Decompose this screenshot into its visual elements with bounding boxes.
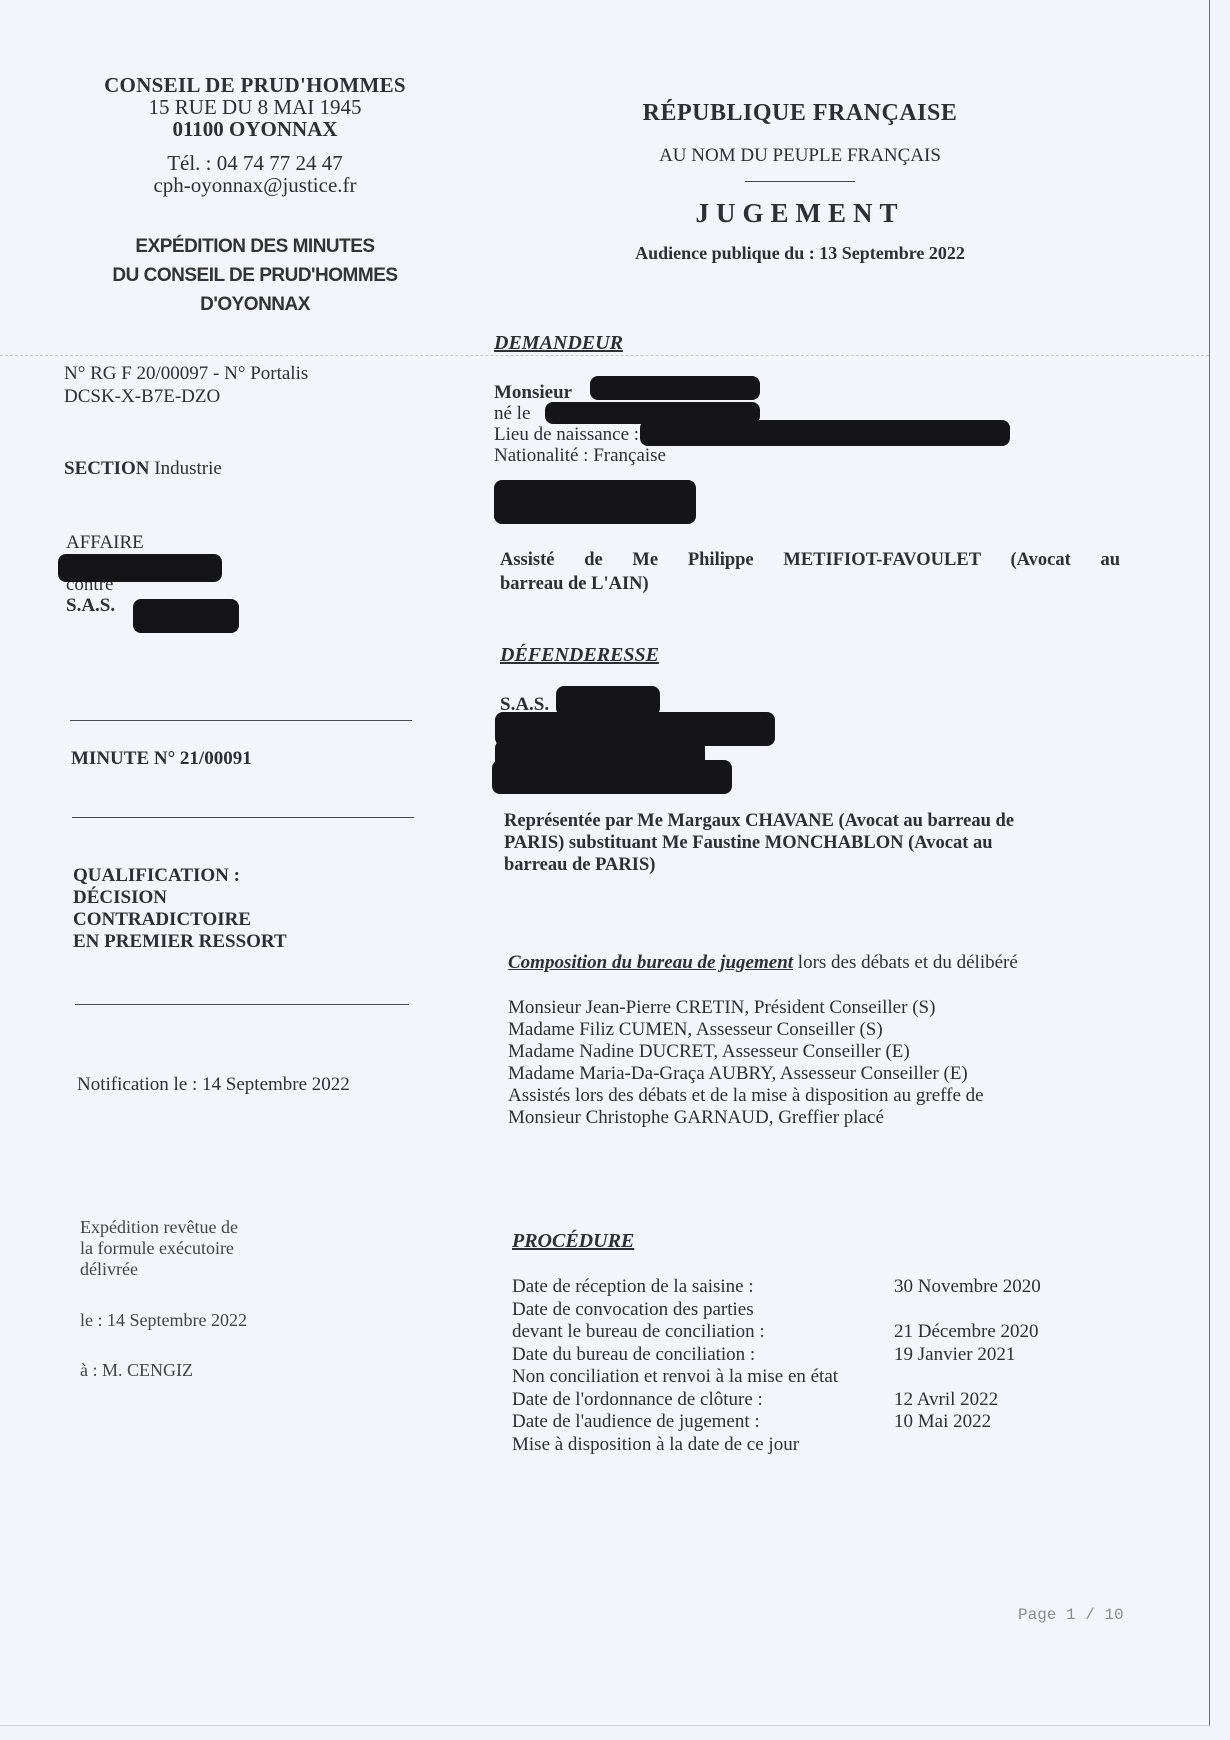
member-2: Madame Filiz CUMEN, Assesseur Conseiller… (508, 1019, 984, 1041)
expedition-stamp: EXPÉDITION DES MINUTES DU CONSEIL DE PRU… (60, 232, 450, 319)
sidebar-divider-3 (75, 1004, 409, 1005)
qualification: QUALIFICATION : DÉCISION CONTRADICTOIRE … (73, 865, 287, 953)
expedition-note: Expédition revêtue de la formule exécuto… (80, 1217, 238, 1280)
stamp-line-3: D'OYONNAX (60, 290, 450, 319)
qualification-line-4: EN PREMIER RESSORT (73, 931, 287, 953)
expedition-line-3: délivrée (80, 1259, 238, 1280)
qualification-line-2: DÉCISION (73, 887, 287, 909)
redaction-affaire-claimant (58, 554, 222, 582)
procedure-row: Mise à disposition à la date de ce jour (512, 1434, 1072, 1457)
portalis-number: DCSK-X-B7E-DZO (64, 385, 308, 408)
procedure-row: Date de convocation des parties (512, 1299, 1072, 1322)
member-4: Madame Maria-Da-Graça AUBRY, Assesseur C… (508, 1063, 984, 1085)
document-page: CONSEIL DE PRUD'HOMMES 15 RUE DU 8 MAI 1… (0, 0, 1210, 1726)
section-label: SECTION (64, 458, 150, 479)
procedure-table: Date de réception de la saisine : 30 Nov… (512, 1276, 1072, 1456)
procedure-label: Date de convocation des parties (512, 1299, 754, 1320)
procedure-value: 10 Mai 2022 (894, 1411, 991, 1434)
notification-date: Notification le : 14 Septembre 2022 (77, 1074, 350, 1096)
hearing-date: Audience publique du : 13 Septembre 2022 (560, 243, 1040, 264)
procedure-value: 30 Novembre 2020 (894, 1276, 1041, 1299)
defenderesse-counsel-line-3: barreau de PARIS) (504, 854, 1124, 876)
composition-heading-suffix: lors des débats et du délibéré (798, 952, 1018, 973)
section-value: Industrie (154, 458, 222, 479)
defenderesse-heading: DÉFENDERESSE (500, 644, 659, 667)
member-1: Monsieur Jean-Pierre CRETIN, Président C… (508, 997, 984, 1019)
procedure-value: 19 Janvier 2021 (894, 1344, 1015, 1367)
redaction-affaire-company (133, 599, 239, 633)
demandeur-counsel-line-1: Assisté de Me Philippe METIFIOT-FAVOULET… (500, 548, 1120, 572)
procedure-label: devant le bureau de conciliation : (512, 1321, 765, 1342)
court-city: 01100 OYONNAX (60, 118, 450, 140)
affaire-label: AFFAIRE (66, 532, 144, 553)
procedure-value: 12 Avril 2022 (894, 1389, 998, 1412)
defenderesse-counsel-line-1: Représentée par Me Margaux CHAVANE (Avoc… (504, 810, 1124, 832)
procedure-row: Date du bureau de conciliation : 19 Janv… (512, 1344, 1072, 1367)
member-5: Assistés lors des débats et de la mise à… (508, 1085, 984, 1107)
procedure-label: Date du bureau de conciliation : (512, 1344, 755, 1365)
court-email: cph-oyonnax@justice.fr (60, 174, 450, 196)
redaction-demandeur-name (590, 376, 760, 400)
composition-heading-text: Composition du bureau de jugement (508, 952, 793, 973)
demandeur-heading: DEMANDEUR (494, 332, 623, 355)
stamp-line-2: DU CONSEIL DE PRUD'HOMMES (60, 261, 450, 290)
demandeur-counsel-line-2: barreau de L'AIN) (500, 572, 1120, 596)
procedure-heading-text: PROCÉDURE (512, 1230, 634, 1252)
fold-line (0, 355, 1209, 356)
procedure-row: Date de réception de la saisine : 30 Nov… (512, 1276, 1072, 1299)
procedure-row: Date de l'ordonnance de clôture : 12 Avr… (512, 1389, 1072, 1412)
page-number: Page 1 / 10 (1018, 1606, 1124, 1624)
procedure-label: Date de réception de la saisine : (512, 1276, 754, 1297)
section: SECTION Industrie (64, 458, 222, 480)
judgment-title: JUGEMENT (560, 198, 1040, 229)
procedure-row: Non conciliation et renvoi à la mise en … (512, 1366, 1072, 1389)
procedure-value: 21 Décembre 2020 (894, 1321, 1039, 1344)
member-3: Madame Nadine DUCRET, Assesseur Conseill… (508, 1041, 984, 1063)
court-header: CONSEIL DE PRUD'HOMMES 15 RUE DU 8 MAI 1… (60, 74, 450, 196)
procedure-label: Non conciliation et renvoi à la mise en … (512, 1366, 838, 1387)
defenderesse-heading-text: DÉFENDERESSE (500, 644, 659, 666)
member-6: Monsieur Christophe GARNAUD, Greffier pl… (508, 1107, 984, 1129)
minute-number: MINUTE N° 21/00091 (71, 748, 252, 770)
procedure-label: Mise à disposition à la date de ce jour (512, 1434, 799, 1455)
composition-heading: Composition du bureau de jugement lors d… (508, 952, 1018, 974)
demandeur-counsel: Assisté de Me Philippe METIFIOT-FAVOULET… (500, 548, 1120, 596)
header-divider (745, 181, 855, 182)
court-address: 15 RUE DU 8 MAI 1945 (60, 96, 450, 118)
qualification-line-1: QUALIFICATION : (73, 865, 287, 887)
demandeur-heading-text: DEMANDEUR (494, 332, 623, 354)
demandeur-nationality: Nationalité : Française (494, 445, 666, 466)
judgment-header: RÉPUBLIQUE FRANÇAISE AU NOM DU PEUPLE FR… (560, 100, 1040, 264)
case-reference: N° RG F 20/00097 - N° Portalis DCSK-X-B7… (64, 362, 308, 408)
procedure-label: Date de l'ordonnance de clôture : (512, 1389, 763, 1410)
stamp-line-1: EXPÉDITION DES MINUTES (60, 232, 450, 261)
court-phone: Tél. : 04 74 77 24 47 (60, 152, 450, 174)
sidebar-divider-1 (70, 720, 412, 721)
expedition-recipient: à : M. CENGIZ (80, 1360, 193, 1381)
court-name: CONSEIL DE PRUD'HOMMES (60, 74, 450, 96)
republic-title: RÉPUBLIQUE FRANÇAISE (560, 100, 1040, 127)
redaction-demandeur-address (494, 480, 696, 524)
redaction-defenderesse-city (492, 760, 732, 794)
procedure-row: devant le bureau de conciliation : 21 Dé… (512, 1321, 1072, 1344)
procedure-label: Date de l'audience de jugement : (512, 1411, 760, 1432)
qualification-line-3: CONTRADICTOIRE (73, 909, 287, 931)
composition-members: Monsieur Jean-Pierre CRETIN, Président C… (508, 997, 984, 1129)
people-line: AU NOM DU PEUPLE FRANÇAIS (560, 145, 1040, 167)
expedition-date: le : 14 Septembre 2022 (80, 1310, 247, 1331)
rg-number: N° RG F 20/00097 - N° Portalis (64, 362, 308, 385)
sidebar-divider-2 (72, 817, 414, 818)
defenderesse-counsel: Représentée par Me Margaux CHAVANE (Avoc… (504, 810, 1124, 876)
redaction-demandeur-birthplace (640, 420, 1010, 446)
expedition-line-2: la formule exécutoire (80, 1238, 238, 1259)
expedition-line-1: Expédition revêtue de (80, 1217, 238, 1238)
defenderesse-counsel-line-2: PARIS) substituant Me Faustine MONCHABLO… (504, 832, 1124, 854)
procedure-heading: PROCÉDURE (512, 1230, 634, 1253)
procedure-row: Date de l'audience de jugement : 10 Mai … (512, 1411, 1072, 1434)
